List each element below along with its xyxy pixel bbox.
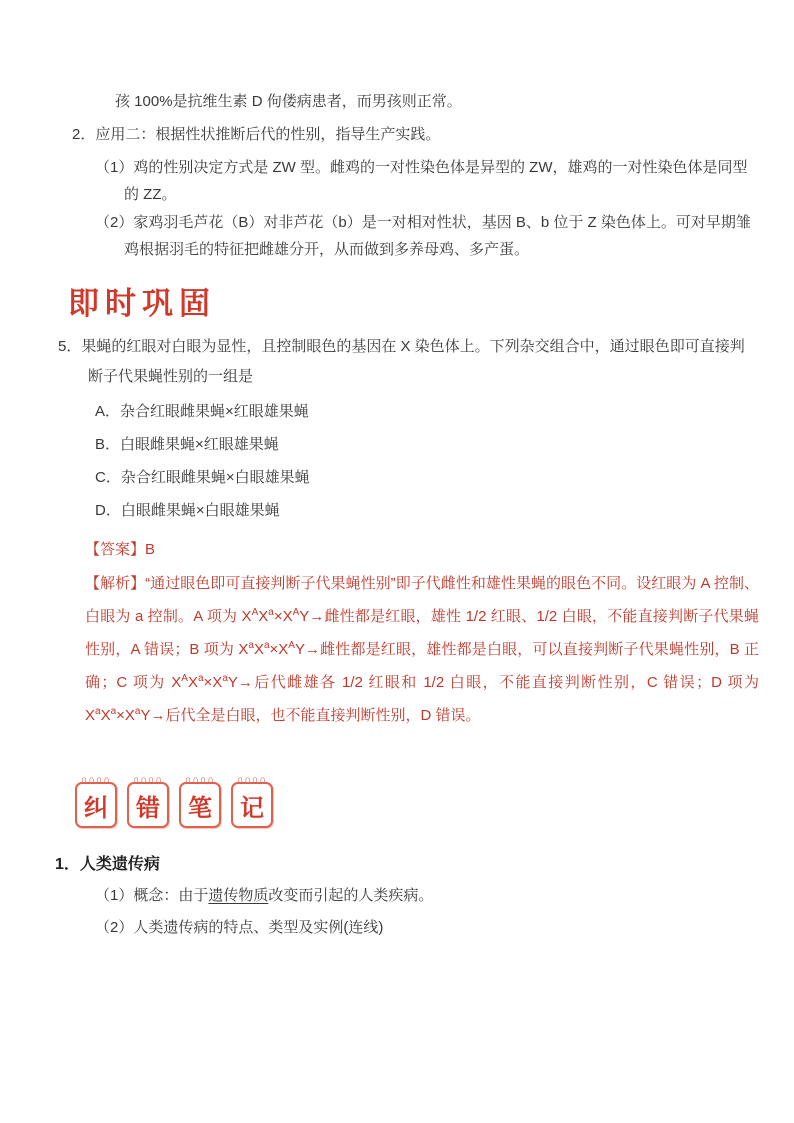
- note-box-2: ∩∩∩∩错: [127, 782, 169, 828]
- notes-item-1-title: 1．人类遗传病: [55, 850, 756, 880]
- question-5-number: 5．: [58, 338, 81, 355]
- answer-value: B: [145, 541, 155, 558]
- option-a-label: A．: [95, 403, 120, 420]
- list-item-2: 2．应用二：根据性状推断后代的性别，指导生产实践。: [72, 121, 756, 148]
- notes-sub2-label: （2）: [95, 919, 133, 936]
- option-d-label: D．: [95, 502, 121, 519]
- option-c-text: 杂合红眼雌果蝇×白眼雄果蝇: [121, 469, 310, 486]
- note-char-4: 记: [240, 788, 264, 823]
- note-box-3: ∩∩∩∩笔: [179, 782, 221, 828]
- note-box-1: ∩∩∩∩纠: [75, 782, 117, 828]
- question-5-options: A．杂合红眼雌果蝇×红眼雄果蝇 B．白眼雌果蝇×红眼雄果蝇 C．杂合红眼雌果蝇×…: [63, 395, 756, 527]
- question-5-stem: 5．果蝇的红眼对白眼为显性，且控制眼色的基因在 X 染色体上。下列杂交组合中，通…: [58, 332, 756, 392]
- question-5-text: 果蝇的红眼对白眼为显性，且控制眼色的基因在 X 染色体上。下列杂交组合中，通过眼…: [81, 338, 744, 385]
- document-page: 孩 100%是抗维生素 D 佝偻病患者，而男孩则正常。 2．应用二：根据性状推断…: [0, 0, 794, 1123]
- answer-line: 【答案】B: [85, 533, 756, 566]
- item2-number: 2．: [72, 126, 95, 143]
- sub1-label: （1）: [95, 159, 133, 176]
- note-char-1: 纠: [84, 788, 108, 823]
- sub-item-1: （1）鸡的性别决定方式是 ZW 型。雌鸡的一对性染色体是异型的 ZW，雄鸡的一对…: [95, 154, 756, 208]
- option-a: A．杂合红眼雌果蝇×红眼雄果蝇: [95, 395, 756, 428]
- continuation-text: 孩 100%是抗维生素 D 佝偻病患者，而男孩则正常。: [115, 93, 462, 110]
- notes-sub1-suffix: 改变而引起的人类疾病。: [268, 887, 433, 904]
- notes-item-1-number: 1．: [55, 856, 80, 873]
- sub1-text: 鸡的性别决定方式是 ZW 型。雌鸡的一对性染色体是异型的 ZW，雄鸡的一对性染色…: [124, 159, 748, 203]
- option-b-label: B．: [95, 436, 120, 453]
- option-d: D．白眼雌果蝇×白眼雄果蝇: [95, 494, 756, 527]
- option-c: C．杂合红眼雌果蝇×白眼雄果蝇: [95, 461, 756, 494]
- analysis-paragraph: 【解析】“通过眼色即可直接判断子代果蝇性别”即子代雌性和雄性果蝇的眼色不同。设红…: [85, 567, 759, 732]
- analysis-text: “通过眼色即可直接判断子代果蝇性别”即子代雌性和雄性果蝇的眼色不同。设红眼为 A…: [85, 575, 759, 724]
- option-b-text: 白眼雌果蝇×红眼雄果蝇: [120, 436, 279, 453]
- spiral-binding-icon: ∩∩∩∩: [181, 774, 219, 784]
- notes-sub2-text: 人类遗传病的特点、类型及实例(连线): [133, 919, 383, 936]
- section-header-consolidation: 即时巩固: [68, 278, 756, 323]
- sub2-text: 家鸡羽毛芦花（B）对非芦花（b）是一对相对性状，基因 B、b 位于 Z 染色体上…: [124, 214, 751, 258]
- spiral-binding-icon: ∩∩∩∩: [129, 774, 167, 784]
- item2-text: 应用二：根据性状推断后代的性别，指导生产实践。: [95, 126, 440, 143]
- notes-sub-2: （2）人类遗传病的特点、类型及实例(连线): [95, 912, 756, 944]
- sub2-label: （2）: [95, 214, 133, 231]
- note-char-2: 错: [136, 788, 160, 823]
- answer-tag: 【答案】: [85, 541, 145, 558]
- paragraph-continuation: 孩 100%是抗维生素 D 佝偻病患者，而男孩则正常。: [115, 88, 756, 115]
- section-header-error-notes: ∩∩∩∩纠 ∩∩∩∩错 ∩∩∩∩笔 ∩∩∩∩记: [75, 782, 756, 828]
- option-d-text: 白眼雌果蝇×白眼雄果蝇: [121, 502, 280, 519]
- option-a-text: 杂合红眼雌果蝇×红眼雄果蝇: [120, 403, 309, 420]
- spiral-binding-icon: ∩∩∩∩: [233, 774, 271, 784]
- notes-sub-1: （1）概念：由于遗传物质改变而引起的人类疾病。: [95, 880, 756, 912]
- notes-sub1-prefix: 概念：由于: [133, 887, 208, 904]
- notes-sub1-label: （1）: [95, 887, 133, 904]
- analysis-tag: 【解析】: [85, 575, 145, 592]
- notes-sub1-underlined-term: 遗传物质: [208, 887, 268, 904]
- spiral-binding-icon: ∩∩∩∩: [77, 774, 115, 784]
- option-b: B．白眼雌果蝇×红眼雄果蝇: [95, 428, 756, 461]
- notes-item-1-text: 人类遗传病: [80, 856, 160, 873]
- option-c-label: C．: [95, 469, 121, 486]
- note-char-3: 笔: [188, 788, 212, 823]
- note-box-4: ∩∩∩∩记: [231, 782, 273, 828]
- sub-item-2: （2）家鸡羽毛芦花（B）对非芦花（b）是一对相对性状，基因 B、b 位于 Z 染…: [95, 209, 756, 263]
